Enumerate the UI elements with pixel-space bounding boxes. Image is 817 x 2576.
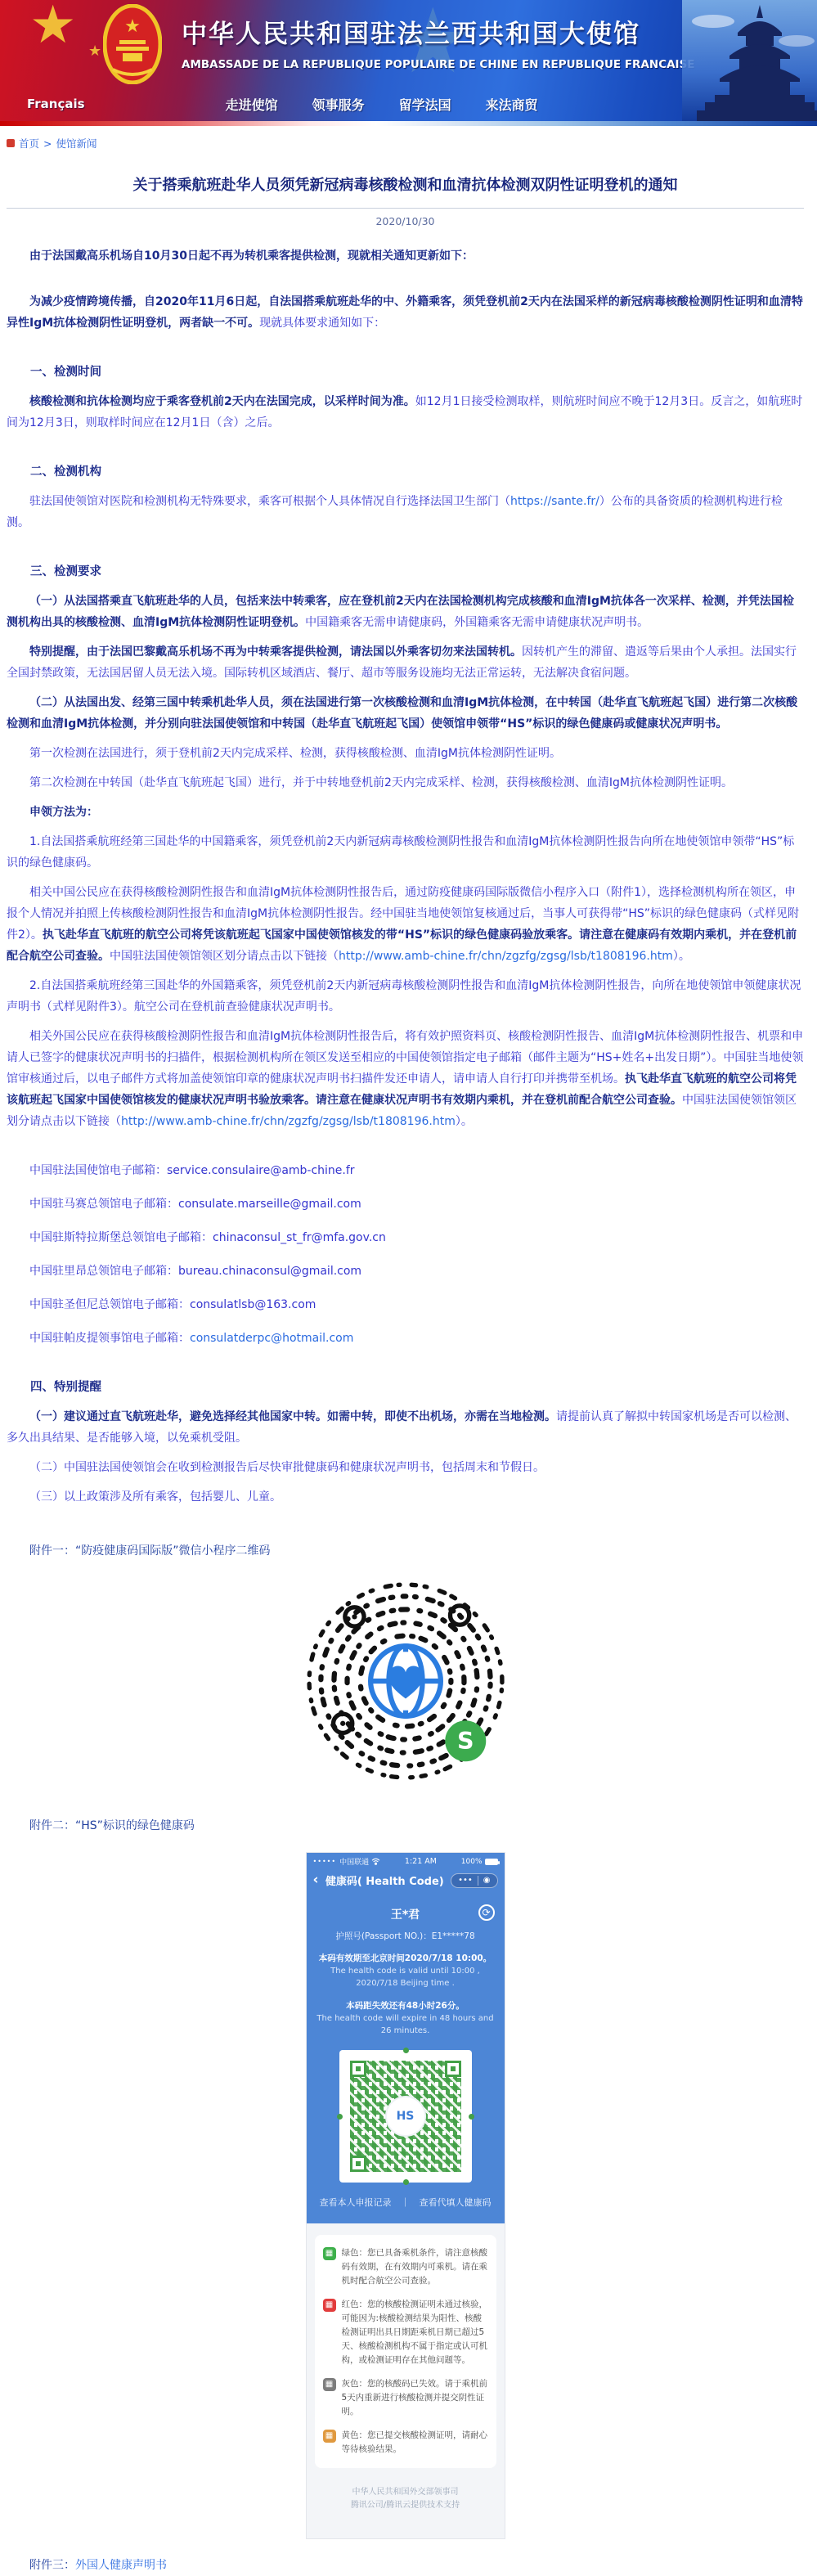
intro-paragraph: 为减少疫情跨境传播，自2020年11月6日起，自法国搭乘航班赴华的中、外籍乘客，… [7, 291, 804, 334]
article-main: 首页 > 使馆新闻 关于搭乘航班赴华人员须凭新冠病毒核酸检测和血清抗体检测双阴性… [0, 136, 817, 2576]
section-1-paragraph: 核酸检测和抗体检测均应于乘客登机前2天内在法国完成，以采样时间为准。如12月1日… [7, 391, 804, 434]
update-notice-paragraph: 由于法国戴高乐机场自10月30日起不再为转机乘客提供检测，现就相关通知更新如下： [7, 245, 804, 267]
legend-text: 红色：您的核酸检测证明未通过核验，可能因为:核酸检测结果为阳性、核酸检测证明出具… [342, 2298, 488, 2367]
minimize-circle-icon: ◉ [483, 1876, 491, 1885]
consular-district-link[interactable]: http://www.amb-chine.fr/chn/zgzfg/zgsg/l… [339, 950, 673, 963]
article-date: 2020/10/30 [7, 215, 804, 227]
legend-row-red: ▦ 红色：您的核酸检测证明未通过核验，可能因为:核酸检测结果为阳性、核酸检测证明… [323, 2298, 488, 2367]
validity-block: 本码有效期至北京时间2020/7/18 10:00。 The health co… [307, 1953, 505, 1989]
expiry-cn: 本码距失效还有48小时26分。 [307, 2000, 505, 2012]
email-label: 中国驻里昂总领馆电子邮箱： [29, 1265, 178, 1278]
section-3-p2: 特别提醒，由于法国巴黎戴高乐机场不再为中转乘客提供检测，请法国以外乘客切勿来法国… [7, 641, 804, 684]
text-segment: 中国驻法国使领馆领区划分请点击以下链接（ [110, 950, 339, 963]
battery-percent: 100% [461, 1858, 483, 1866]
section-2-heading: 二、检测机构 [7, 461, 804, 483]
email-address: consulate.marseille@gmail.com [178, 1198, 361, 1211]
holder-name-row: 王*君 ⟳ [307, 1906, 505, 1922]
sante-fr-link[interactable]: https://sante.fr/ [510, 495, 599, 508]
email-row: 中国驻里昂总领馆电子邮箱：bureau.chinaconsul@gmail.co… [7, 1261, 804, 1282]
refresh-icon: ⟳ [478, 1904, 495, 1921]
validity-en-2: 2020/7/18 Beijing time . [307, 1977, 505, 1989]
breadcrumb-icon [7, 139, 15, 147]
section-4-heading: 四、特别提醒 [7, 1377, 804, 1398]
phone-status-bar: ••••• 中国联通 1:21 AM 100% [307, 1853, 505, 1868]
attachment-3-label: 附件三： [29, 2559, 75, 2572]
phone-legend-area: ▦ 绿色：您已具备乘机条件，请注意核酸码有效期，在有效期内可乘机。请在乘机时配合… [307, 2223, 505, 2538]
text-segment: 现就具体要求通知如下： [259, 317, 385, 330]
section-3-p6: 申领方法为： [7, 802, 804, 823]
text-segment: ）。 [673, 950, 690, 963]
more-dots-icon: ••• [458, 1876, 473, 1885]
email-address: chinaconsul_st_fr@mfa.gov.cn [213, 1231, 386, 1244]
section-3-p10: 相关外国公民应在获得核酸检测阴性报告和血清IgM抗体检测阴性报告后，将有效护照资… [7, 1026, 804, 1132]
section-3-p7: 1.自法国搭乘航班经第三国赴华的中国籍乘客，须凭登机前2天内新冠病毒核酸检测阴性… [7, 831, 804, 874]
attachment-2-heading: 附件二：“HS”标识的绿色健康码 [7, 1815, 804, 1836]
section-3-p5: 第二次检测在中转国（赴华直飞航班起飞国）进行，并于中转地登机前2天内完成采样、检… [7, 772, 804, 793]
clock-label: 1:21 AM [380, 1857, 461, 1866]
legend-text: 灰色：您的核酸码已失效。请于乘机前5天内重新进行核酸检测并提交阴性证明。 [342, 2377, 488, 2419]
qr-finder-icon [350, 2156, 366, 2172]
battery-icon [485, 1859, 498, 1865]
wechat-qr-icon: S [296, 1571, 515, 1791]
email-row: 中国驻斯特拉斯堡总领馆电子邮箱：chinaconsul_st_fr@mfa.go… [7, 1227, 804, 1248]
text-segment: 由于法国戴高乐机场自10月30日起不再为转机乘客提供检测，现就相关通知更新如下： [29, 250, 474, 263]
banner-titles: 中华人民共和国驻法兰西共和国大使馆 AMBASSADE DE LA REPUBL… [182, 13, 689, 71]
email-row: 中国驻帕皮提领事馆电子邮箱：consulatderpc@hotmail.com [7, 1328, 804, 1349]
breadcrumb-home-link[interactable]: 首页 [19, 136, 39, 151]
legend-text: 黄色：您已提交核酸检测证明，请耐心等待核验结果。 [342, 2429, 488, 2457]
qr-dot [403, 2048, 409, 2053]
attachment-1-heading: 附件一：“防疫健康码国际版”微信小程序二维码 [7, 1540, 804, 1562]
embassy-title-fr: AMBASSADE DE LA REPUBLIQUE POPULAIRE DE … [182, 58, 689, 71]
red-code-icon: ▦ [323, 2299, 336, 2312]
legend-text: 绿色：您已具备乘机条件，请注意核酸码有效期，在有效期内可乘机。请在乘机时配合航空… [342, 2246, 488, 2288]
email-row: 中国驻马赛总领馆电子邮箱：consulate.marseille@gmail.c… [7, 1194, 804, 1215]
section-4-p2: （二）中国驻法国使领馆会在收到检测报告后尽快审批健康码和健康状况声明书，包括周末… [7, 1457, 804, 1478]
section-4-p3: （三）以上政策涉及所有乘客，包括婴儿、儿童。 [7, 1486, 804, 1508]
email-row: 中国驻法国使馆电子邮箱：service.consulaire@amb-chine… [7, 1160, 804, 1181]
national-emblem-icon: ★ [103, 4, 162, 84]
email-label: 中国驻斯特拉斯堡总领馆电子邮箱： [29, 1231, 213, 1244]
back-chevron-icon: ‹ [313, 1873, 319, 1887]
nav-item-embassy[interactable]: 走进使馆 [226, 95, 278, 114]
validity-cn: 本码有效期至北京时间2020/7/18 10:00。 [307, 1953, 505, 1965]
passport-number: 护照号(Passport NO.)：E1*****78 [307, 1930, 505, 1942]
section-2-paragraph: 驻法国使领馆对医院和检测机构无特殊要求，乘客可根据个人具体情况自行选择法国卫生部… [7, 491, 804, 533]
legend-row-green: ▦ 绿色：您已具备乘机条件，请注意核酸码有效期，在有效期内可乘机。请在乘机时配合… [323, 2246, 488, 2288]
wechat-capsule: ••• ◉ [451, 1873, 497, 1888]
links-separator: ｜ [401, 2197, 410, 2208]
view-own-records: 查看本人申报记录 [320, 2197, 392, 2208]
email-label: 中国驻法国使馆电子邮箱： [29, 1164, 167, 1177]
title-divider [7, 208, 804, 209]
svg-text:S: S [456, 1727, 474, 1755]
nav-menu: 走进使馆 领事服务 留学法国 来法商贸 [226, 95, 538, 114]
lang-francais-link[interactable]: Français [27, 97, 85, 111]
attachment-3-heading: 附件三：外国人健康声明书 [7, 2555, 804, 2576]
text-segment: （一）建议通过直飞航班赴华，避免选择经其他国家中转。如需中转，即使不出机场，亦需… [29, 1410, 556, 1423]
email-address: service.consulaire@amb-chine.fr [167, 1164, 355, 1177]
flag-star-small-icon: ★ [88, 43, 101, 60]
breadcrumb-separator: > [43, 137, 52, 150]
nav-item-study[interactable]: 留学法国 [399, 95, 451, 114]
qr-dot [469, 2114, 474, 2120]
consular-district-link-2[interactable]: http://www.amb-chine.fr/chn/zgzfg/zgsg/l… [121, 1115, 456, 1128]
wifi-icon [371, 1858, 380, 1865]
qr-dot [403, 2179, 409, 2185]
text-segment: 核酸检测和抗体检测均应于乘客登机前2天内在法国完成，以采样时间为准。 [29, 395, 415, 408]
section-3-heading: 三、检测要求 [7, 561, 804, 582]
nav-item-business[interactable]: 来法商贸 [486, 95, 538, 114]
wechat-miniprogram-qr: S [7, 1571, 804, 1794]
attachment-3-link[interactable]: 外国人健康声明书 [75, 2559, 167, 2572]
yellow-code-icon: ▦ [323, 2430, 336, 2443]
section-3-p4: 第一次检测在法国进行，须于登机前2天内完成采样、检测，获得核酸检测、血清IgM抗… [7, 743, 804, 764]
expiry-en-1: The health code will expire in 48 hours … [307, 2012, 505, 2025]
section-1-heading: 一、检测时间 [7, 362, 804, 383]
text-segment: 驻法国使领馆对医院和检测机构无特殊要求，乘客可根据个人具体情况自行选择法国卫生部… [29, 495, 510, 508]
email-row: 中国驻圣但尼总领馆电子邮箱：consulatlsb@163.com [7, 1294, 804, 1315]
carrier-label: 中国联通 [339, 1856, 369, 1867]
hs-qr-card: HS [339, 2050, 472, 2183]
text-segment: 特别提醒，由于法国巴黎戴高乐机场不再为中转乘客提供检测，请法国以外乘客切勿来法国… [29, 645, 522, 659]
holder-name: 王*君 [391, 1908, 420, 1922]
section-3-p9: 2.自法国搭乘航班经第三国赴华的外国籍乘客，须凭登机前2天内新冠病毒核酸检测阴性… [7, 975, 804, 1018]
green-code-icon: ▦ [323, 2247, 336, 2260]
phone-nav-bar: ‹ 健康码( Health Code) ••• ◉ [307, 1868, 505, 1895]
validity-en-1: The health code is valid until 10:00 , [307, 1965, 505, 1977]
legend-row-gray: ▦ 灰色：您的核酸码已失效。请于乘机前5天内重新进行核酸检测并提交阴性证明。 [323, 2377, 488, 2419]
email-address: bureau.chinaconsul@gmail.com [178, 1265, 361, 1278]
footer-line-2: 腾讯公司/腾讯云提供技术支持 [315, 2499, 496, 2512]
signal-dots-icon: ••••• [313, 1858, 337, 1865]
svg-text:★: ★ [124, 16, 141, 37]
qr-dot [337, 2114, 343, 2120]
view-proxy-code: 查看代填人健康码 [420, 2197, 492, 2208]
banner-divider-stripe [0, 121, 817, 126]
breadcrumb: 首页 > 使馆新闻 [7, 136, 804, 151]
main-nav: Français 走进使馆 领事服务 留学法国 来法商贸 [0, 94, 817, 114]
email-label: 中国驻圣但尼总领馆电子邮箱： [29, 1298, 190, 1311]
breadcrumb-current-link[interactable]: 使馆新闻 [56, 136, 97, 151]
gray-code-icon: ▦ [323, 2378, 336, 2391]
page-title: 关于搭乘航班赴华人员须凭新冠病毒核酸检测和血清抗体检测双阴性证明登机的通知 [7, 173, 804, 195]
expiry-en-2: 26 minutes. [307, 2025, 505, 2037]
section-3-p3: （二）从法国出发、经第三国中转乘机赴华人员，须在法国进行第一次核酸检测和血清Ig… [7, 692, 804, 735]
text-segment: 中国籍乘客无需申请健康码，外国籍乘客无需申请健康状况声明书。 [305, 616, 649, 629]
page: ★ ★ ★ ★ 中华人民共和国驻法兰西共和国大使馆 AMBASSADE DE L… [0, 0, 817, 2576]
nav-item-consular[interactable]: 领事服务 [312, 95, 365, 114]
footer-line-1: 中华人民共和国外交部领事司 [315, 2486, 496, 2499]
capsule-divider [478, 1876, 478, 1886]
section-4-p1: （一）建议通过直飞航班赴华，避免选择经其他国家中转。如需中转，即使不出机场，亦需… [7, 1406, 804, 1449]
view-links-row: 查看本人申报记录 ｜ 查看代填人健康码 [307, 2196, 505, 2223]
phone-footer: 中华人民共和国外交部领事司 腾讯公司/腾讯云提供技术支持 [315, 2486, 496, 2533]
phone-blue-area: ••••• 中国联通 1:21 AM 100% ‹ 健康码( Health Co… [307, 1853, 505, 2223]
text-segment: ）。 [456, 1115, 473, 1128]
text-segment: 为减少疫情跨境传播，自2020年11月6日起，自法国搭乘航班赴华的中、外籍乘客，… [7, 295, 803, 330]
section-3-p8: 相关中国公民应在获得核酸检测阴性报告和血清IgM抗体检测阴性报告后，通过防疫健康… [7, 882, 804, 967]
health-code-screenshot: ••••• 中国联通 1:21 AM 100% ‹ 健康码( Health Co… [307, 1853, 505, 2538]
qr-finder-icon [445, 2061, 461, 2077]
text-segment: 申领方法为： [29, 806, 98, 819]
embassy-banner: ★ ★ ★ ★ 中华人民共和国驻法兰西共和国大使馆 AMBASSADE DE L… [0, 0, 817, 121]
email-label: 中国驻马赛总领馆电子邮箱： [29, 1198, 178, 1211]
section-3-p1: （一）从法国搭乘直飞航班赴华的人员，包括来法中转乘客，应在登机前2天内在法国检测… [7, 591, 804, 633]
legend-row-yellow: ▦ 黄色：您已提交核酸检测证明，请耐心等待核验结果。 [323, 2429, 488, 2457]
qr-finder-icon [350, 2061, 366, 2077]
legend-card: ▦ 绿色：您已具备乘机条件，请注意核酸码有效期，在有效期内可乘机。请在乘机时配合… [315, 2235, 496, 2468]
expiry-block: 本码距失效还有48小时26分。 The health code will exp… [307, 2000, 505, 2037]
email-label: 中国驻帕皮提领事馆电子邮箱： [29, 1332, 190, 1345]
health-code-title: 健康码( Health Code) [319, 1872, 451, 1888]
text-segment: （二）从法国出发、经第三国中转乘机赴华人员，须在法国进行第一次核酸检测和血清Ig… [7, 696, 797, 731]
flag-star-icon: ★ [29, 0, 76, 56]
hs-badge: HS [387, 2097, 424, 2135]
email-address: consulatlsb@163.com [190, 1298, 316, 1311]
embassy-title-cn: 中华人民共和国驻法兰西共和国大使馆 [182, 13, 689, 50]
email-address-link[interactable]: consulatderpc@hotmail.com [190, 1332, 353, 1345]
